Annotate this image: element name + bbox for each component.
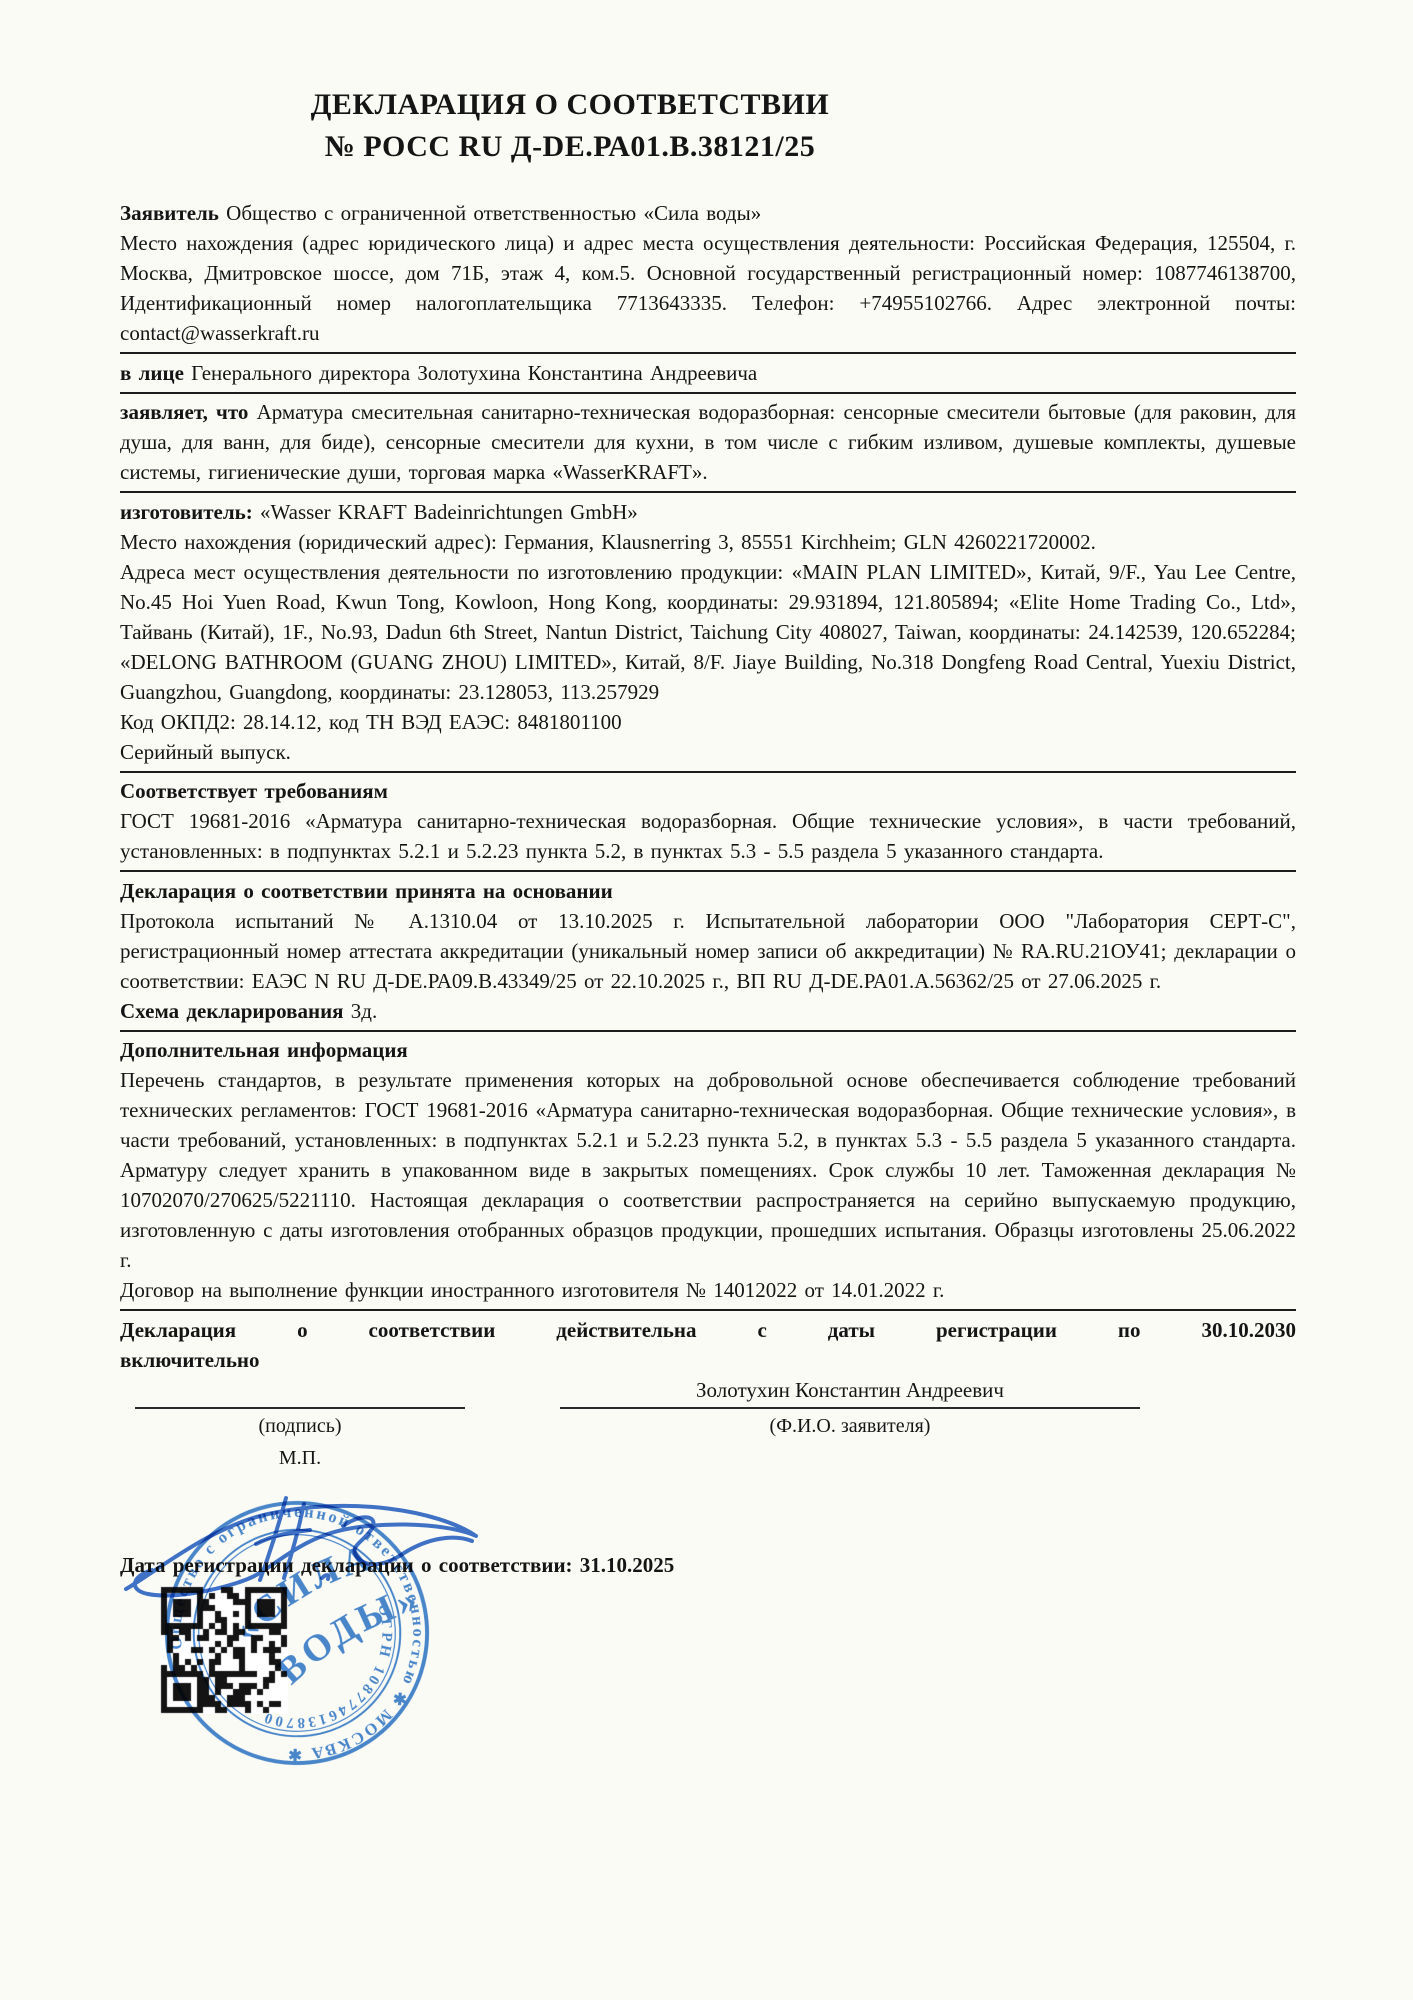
- person-text: Генерального директора Золотухина Конста…: [191, 361, 757, 385]
- compliance-text: ГОСТ 19681-2016 «Арматура санитарно-техн…: [120, 806, 1296, 866]
- contract-line: Договор на выполнение функции иностранно…: [120, 1275, 1296, 1305]
- declares-text: Арматура смесительная санитарно-техничес…: [120, 400, 1296, 484]
- manufacturer-label: изготовитель:: [120, 500, 253, 524]
- manufacturer-name: «Wasser KRAFT Badeinrichtungen GmbH»: [260, 500, 638, 524]
- applicant-name: Общество с ограниченной ответственностью…: [226, 201, 761, 225]
- additional-text: Перечень стандартов, в результате примен…: [120, 1065, 1296, 1275]
- document-title: ДЕКЛАРАЦИЯ О СООТВЕТСТВИИ № РОСС RU Д-DE…: [120, 0, 1020, 168]
- declares-paragraph: заявляет, что Арматура смесительная сани…: [120, 397, 1296, 487]
- manufacturer-codes: Код ОКПД2: 28.14.12, код ТН ВЭД ЕАЭС: 84…: [120, 707, 1296, 737]
- additional-heading: Дополнительная информация: [120, 1035, 1296, 1065]
- basis-text: Протокола испытаний № А.1310.04 от 13.10…: [120, 906, 1296, 996]
- scheme-line: Схема декларирования 3д.: [120, 996, 1296, 1026]
- person-label: в лице: [120, 361, 184, 385]
- signature-scrawl-icon: [116, 1482, 498, 1616]
- validity-statement: Декларация о соответствии действительна …: [120, 1315, 1296, 1375]
- compliance-heading: Соответствует требованиям: [120, 776, 1296, 806]
- divider: [120, 1309, 1296, 1311]
- scheme-value: 3д.: [351, 999, 377, 1023]
- divider: [120, 870, 1296, 872]
- declarant-name-line: [560, 1407, 1140, 1409]
- basis-heading: Декларация о соответствии принята на осн…: [120, 876, 1296, 906]
- applicant-label: Заявитель: [120, 201, 219, 225]
- stamp-place-caption: М.П.: [135, 1443, 465, 1473]
- divider: [120, 1030, 1296, 1032]
- manufacturer-line: изготовитель: «Wasser KRAFT Badeinrichtu…: [120, 497, 1296, 527]
- scheme-label: Схема декларирования: [120, 999, 344, 1023]
- title-line-2: № РОСС RU Д-DE.РА01.В.38121/25: [120, 126, 1020, 168]
- manufacturer-sites: Адреса мест осуществления деятельности п…: [120, 557, 1296, 707]
- divider: [120, 352, 1296, 354]
- applicant-details: Место нахождения (адрес юридического лиц…: [120, 228, 1296, 348]
- signature-line: [135, 1407, 465, 1409]
- divider: [120, 392, 1296, 394]
- declaration-document: ДЕКЛАРАЦИЯ О СООТВЕТСТВИИ № РОСС RU Д-DE…: [0, 0, 1413, 2000]
- title-line-1: ДЕКЛАРАЦИЯ О СООТВЕТСТВИИ: [120, 84, 1020, 126]
- applicant-line: Заявитель Общество с ограниченной ответс…: [120, 198, 1296, 228]
- declarant-name: Золотухин Константин Андреевич: [560, 1375, 1140, 1405]
- declarant-name-caption: (Ф.И.О. заявителя): [560, 1411, 1140, 1441]
- divider: [120, 491, 1296, 493]
- manufacturer-location: Место нахождения (юридический адрес): Ге…: [120, 527, 1296, 557]
- validity-line-2: включительно: [120, 1345, 1296, 1375]
- manufacturer-serial: Серийный выпуск.: [120, 737, 1296, 767]
- validity-line-1: Декларация о соответствии действительна …: [120, 1315, 1296, 1345]
- signature-caption: (подпись): [135, 1411, 465, 1441]
- divider: [120, 771, 1296, 773]
- person-line: в лице Генерального директора Золотухина…: [120, 358, 1296, 388]
- declares-label: заявляет, что: [120, 400, 248, 424]
